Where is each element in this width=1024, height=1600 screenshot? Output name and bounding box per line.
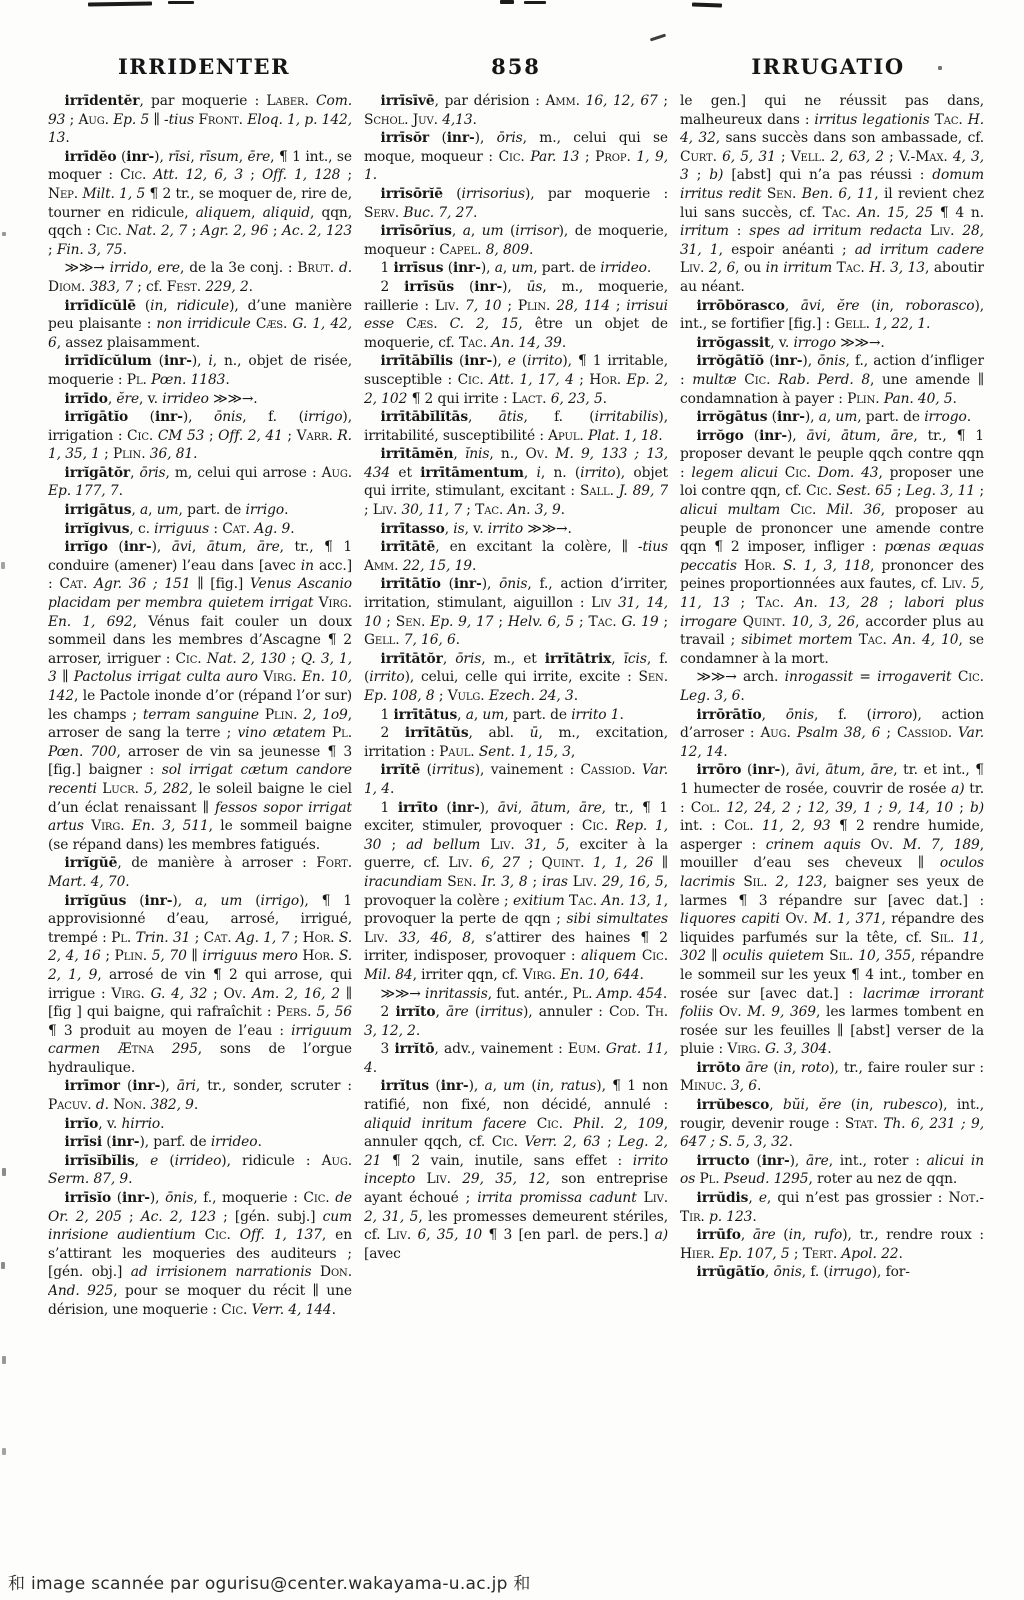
dictionary-entry: 2 irrīsŭs (inr-), ūs, m., moquerie, rail… — [364, 278, 668, 352]
scan-artifact — [524, 1, 546, 4]
scan-artifact — [500, 0, 514, 4]
dictionary-entry: irrītāmĕn, ĭnis, n., Ov. M. 9, 133 ; 13,… — [364, 445, 668, 519]
scan-credit-line: 和 image scannée par ogurisu@center.wakay… — [8, 1569, 531, 1594]
scan-artifact — [2, 1168, 6, 1176]
dictionary-entry: 2 irrītātŭs, abl. ū, m., excitation, irr… — [364, 724, 668, 761]
dictionary-entry: irrŏgassit, v. irrogo ≫≫→. — [680, 334, 984, 353]
dictionary-entry: irrŏgo (inr-), āvi, ātum, āre, tr., ¶ 1 … — [680, 427, 984, 669]
text-column-2: irrīsīvē, par dérision : Amm. 16, 12, 67… — [364, 92, 668, 1560]
scan-artifact — [1, 1262, 5, 1269]
dictionary-entry: irrŏto āre (in, roto), tr., faire rouler… — [680, 1059, 984, 1096]
dictionary-entry: irrōbŏrasco, āvi, ĕre (in, roborasco), i… — [680, 297, 984, 334]
dictionary-entry: irrīsŏr (inr-), ōris, m., celui qui se m… — [364, 129, 668, 185]
scan-artifact — [2, 232, 6, 236]
running-head: IRRIDENTER 858 IRRUGATIO — [48, 54, 984, 79]
dictionary-entry: irrīdĭcŭlē (in, ridicule), d’une manière… — [48, 297, 352, 353]
scanned-dictionary-page: IRRIDENTER 858 IRRUGATIO irrīdentĕr, par… — [0, 0, 1024, 1600]
dictionary-entry: irrītātŏr, ōris, m., et irrītātrix, īcis… — [364, 650, 668, 706]
dictionary-entry: ≫≫→ irrido, ere, de la 3e conj. : Brut. … — [48, 259, 352, 296]
dictionary-entry: irrītābĭlĭtās, ātis, f. (irritabilis), i… — [364, 408, 668, 445]
dictionary-columns: irrīdentĕr, par moquerie : Laber. Com. 9… — [48, 92, 984, 1560]
dictionary-entry: ≫≫→ inritassis, fut. antér., Pl. Amp. 45… — [364, 985, 668, 1004]
dictionary-entry: irrīsōrĭus, a, um (irrisor), de moquerie… — [364, 222, 668, 259]
dictionary-entry: irrītātē, en excitant la colère, ∥ -tius… — [364, 538, 668, 575]
dictionary-entry: irrŭdis, e, qui n’est pas grossier : Not… — [680, 1189, 984, 1226]
dictionary-entry: irrīsĭbĭlis, e (irrideo), ridicule : Aug… — [48, 1152, 352, 1189]
dictionary-entry: irrĭgŭē, de manière à arroser : Fort. Ma… — [48, 854, 352, 891]
dictionary-entry: irrīsōrĭē (irrisorius), par moquerie : S… — [364, 185, 668, 222]
dictionary-entry: irrōro (inr-), āvi, ātum, āre, tr. et in… — [680, 761, 984, 1059]
scan-artifact — [1, 562, 5, 569]
dictionary-entry: irrĭgivus, c. irriguus : Cat. Ag. 9. — [48, 520, 352, 539]
header-right-keyword: IRRUGATIO — [672, 54, 984, 79]
dictionary-entry: irrigātus, a, um, part. de irrigo. — [48, 501, 352, 520]
dictionary-entry: le gen.] qui ne réussit pas dans, malheu… — [680, 92, 984, 297]
scan-artifact — [2, 1448, 6, 1455]
dictionary-entry: irrūgātĭo, ōnis, f. (irrugo), for- — [680, 1263, 984, 1282]
dictionary-entry: irrūfo, āre (in, rufo), tr., rendre roux… — [680, 1226, 984, 1263]
dictionary-entry: ≫≫→ arch. inrogassit = irrogaverit Cic. … — [680, 668, 984, 705]
dictionary-entry: irrīdentĕr, par moquerie : Laber. Com. 9… — [48, 92, 352, 148]
dictionary-entry: irrĭgŭus (inr-), a, um (irrigo), ¶ 1 app… — [48, 892, 352, 1078]
text-column-1: irrīdentĕr, par moquerie : Laber. Com. 9… — [48, 92, 352, 1560]
dictionary-entry: irrĭgātŏr, ōris, m, celui qui arrose : A… — [48, 464, 352, 501]
dictionary-entry: irructo (inr-), āre, int., roter : alicu… — [680, 1152, 984, 1189]
scan-artifact — [692, 2, 722, 7]
dictionary-entry: irrītasso, is, v. irrito ≫≫→. — [364, 520, 668, 539]
dictionary-entry: irrīsi (inr-), parf. de irrideo. — [48, 1133, 352, 1152]
dictionary-entry: 1 irrītātus, a, um, part. de irrito 1. — [364, 706, 668, 725]
scan-artifact — [2, 1356, 6, 1364]
header-left-keyword: IRRIDENTER — [48, 54, 360, 79]
dictionary-entry: 2 irrĭto, āre (irritus), annuler : Cod. … — [364, 1003, 668, 1040]
dictionary-entry: irrīdĕo (inr-), rīsi, rīsum, ēre, ¶ 1 in… — [48, 148, 352, 260]
scan-artifact — [168, 1, 194, 4]
dictionary-entry: 1 irrīto (inr-), āvi, ātum, āre, tr., ¶ … — [364, 799, 668, 985]
dictionary-entry: irrĭgo (inr-), āvi, ātum, āre, tr., ¶ 1 … — [48, 538, 352, 854]
dictionary-entry: irrĭtus (inr-), a, um (in, ratus), ¶ 1 n… — [364, 1077, 668, 1263]
text-column-3: le gen.] qui ne réussit pas dans, malheu… — [680, 92, 984, 1560]
dictionary-entry: irrĭgātĭo (inr-), ōnis, f. (irrigo), irr… — [48, 408, 352, 464]
dictionary-entry: irrīsīvē, par dérision : Amm. 16, 12, 67… — [364, 92, 668, 129]
dictionary-entry: irrītābĭlis (inr-), e (irrito), ¶ 1 irri… — [364, 352, 668, 408]
dictionary-entry: irrīdĭcŭlum (inr-), i, n., objet de risé… — [48, 352, 352, 389]
scan-artifact — [650, 34, 666, 42]
page-number: 858 — [360, 54, 672, 79]
dictionary-entry: irrītātĭo (inr-), ōnis, f., action d’irr… — [364, 575, 668, 649]
dictionary-entry: 1 irrīsus (inr-), a, um, part. de irride… — [364, 259, 668, 278]
dictionary-entry: irrŭbesco, bŭi, ĕre (in, rubesco), int.,… — [680, 1096, 984, 1152]
dictionary-entry: 3 irrĭtō, adv., vainement : Eum. Grat. 1… — [364, 1040, 668, 1077]
dictionary-entry: irrīdo, ĕre, v. irrideo ≫≫→. — [48, 390, 352, 409]
dictionary-entry: irrīsĭo (inr-), ōnis, f., moquerie : Cic… — [48, 1189, 352, 1319]
dictionary-entry: irrŏgātĭŏ (inr-), ōnis, f., action d’inf… — [680, 352, 984, 408]
dictionary-entry: irrĭo, v. hirrio. — [48, 1115, 352, 1134]
dictionary-entry: irrŏgātus (inr-), a, um, part. de irrogo… — [680, 408, 984, 427]
scan-artifact — [88, 1, 152, 6]
dictionary-entry: irrōrātĭo, ōnis, f. (irroro), action d’a… — [680, 706, 984, 762]
dictionary-entry: irrīmor (inr-), āri, tr., sonder, scrute… — [48, 1077, 352, 1114]
dictionary-entry: irrĭtē (irritus), vainement : Cassiod. V… — [364, 761, 668, 798]
